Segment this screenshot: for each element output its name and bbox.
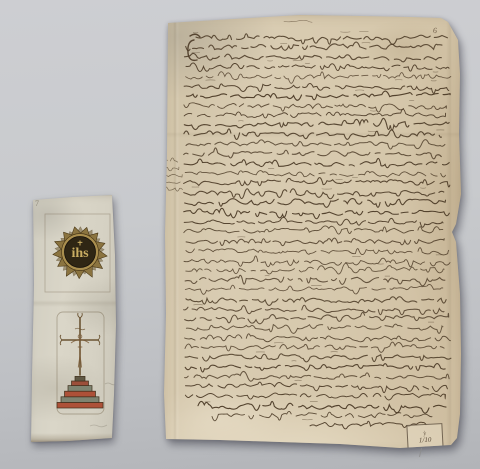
handwriting-stroke xyxy=(163,167,179,171)
base-step xyxy=(57,402,103,408)
handwriting-stroke xyxy=(186,63,449,71)
photograph-of-manuscript: 7 ihs 6 ỳ 1/1 xyxy=(0,0,480,469)
handwriting-stroke xyxy=(186,324,443,333)
handwriting-stroke xyxy=(185,53,442,61)
handwriting-stroke xyxy=(185,334,451,342)
handwriting-stroke xyxy=(185,284,443,294)
handwriting-stroke xyxy=(184,305,444,315)
ihs-monogram: ihs xyxy=(71,246,89,261)
handwriting-stroke xyxy=(186,238,444,246)
handwriting-stroke xyxy=(186,248,449,255)
collection-stamp-box: ỳ 1/10 xyxy=(406,423,443,451)
handwriting-stroke xyxy=(186,140,445,149)
handwriting-stroke xyxy=(185,364,445,372)
handwriting-stroke xyxy=(184,178,450,187)
base-step xyxy=(75,376,85,381)
handwriting-stroke xyxy=(192,52,200,53)
manuscript-leaf: 6 ỳ 1/10 xyxy=(160,14,463,455)
handwriting-stroke xyxy=(184,148,442,159)
handwriting-stroke xyxy=(184,84,449,94)
strip-artwork: ihs xyxy=(28,195,119,443)
handwriting-stroke xyxy=(185,275,445,286)
handwriting-stroke xyxy=(163,187,182,191)
handwriting-stroke xyxy=(163,174,182,177)
handwriting-stroke xyxy=(186,72,451,84)
handwriting-stroke xyxy=(212,411,432,420)
handwriting-stroke xyxy=(163,182,180,183)
handwriting-stroke xyxy=(284,20,312,22)
handwriting-stroke xyxy=(185,342,444,352)
handwriting-stroke xyxy=(185,171,445,178)
handwriting-stroke xyxy=(198,401,446,413)
handwriting-stroke xyxy=(186,297,446,306)
calvary-cross-drawing xyxy=(57,313,103,408)
handwriting-stroke xyxy=(184,103,447,112)
manuscript-parchment: 6 ỳ 1/10 xyxy=(160,14,463,455)
handwriting-stroke xyxy=(184,226,443,234)
base-step xyxy=(65,391,96,397)
handwriting-stroke xyxy=(184,109,445,118)
handwriting-stroke xyxy=(186,263,444,274)
handwriting-stroke xyxy=(184,208,450,218)
handwriting-stroke xyxy=(185,312,449,323)
stamp-number: 1/10 xyxy=(419,436,432,444)
fragment-strip-parchment: 7 ihs xyxy=(28,195,119,443)
handwriting-stroke xyxy=(184,158,449,167)
handwriting-stroke xyxy=(186,91,450,100)
handwriting-stroke xyxy=(184,256,450,267)
handwriting-stroke xyxy=(185,354,451,362)
faint-scribble xyxy=(90,425,107,427)
faint-scribble xyxy=(105,383,117,385)
handwriting-stroke xyxy=(184,118,449,130)
base-step xyxy=(72,381,89,386)
handwriting-stroke xyxy=(196,34,447,45)
handwriting-stroke xyxy=(184,189,444,199)
base-step xyxy=(61,397,99,403)
handwriting-stroke xyxy=(184,217,443,227)
fragment-strip: 7 ihs xyxy=(28,195,119,443)
ihs-sunburst-medallion: ihs xyxy=(53,227,107,279)
handwriting-stroke xyxy=(185,393,445,400)
base-step xyxy=(68,386,92,392)
handwriting-stroke xyxy=(186,42,442,51)
handwriting-stroke xyxy=(185,371,449,381)
handwriting-text-block xyxy=(160,14,463,455)
handwriting-stroke xyxy=(194,304,203,305)
handwriting-stroke xyxy=(184,129,442,139)
handwriting-stroke xyxy=(186,382,448,393)
handwriting-stroke xyxy=(185,199,446,208)
handwriting-stroke xyxy=(163,158,178,162)
